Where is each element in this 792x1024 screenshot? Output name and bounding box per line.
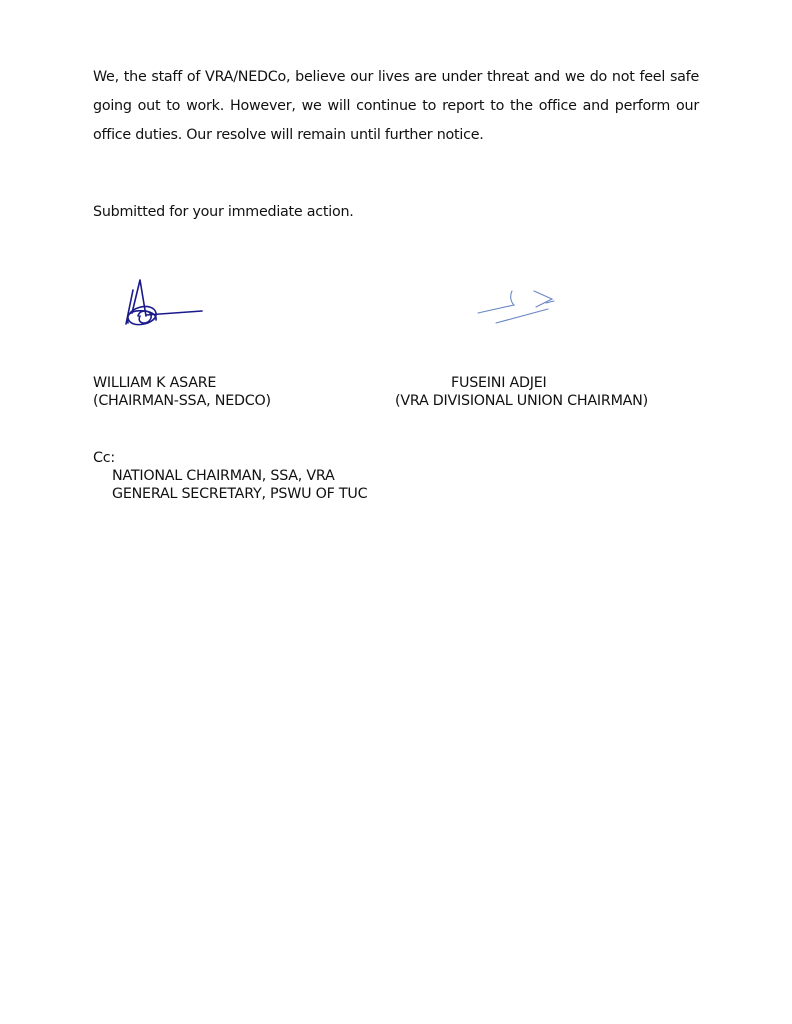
body-paragraph: We, the staff of VRA/NEDCo, believe our …: [93, 63, 699, 150]
cc-recipient: GENERAL SECRETARY, PSWU OF TUC: [112, 486, 367, 502]
cc-label: Cc:: [93, 450, 115, 466]
cc-recipient: NATIONAL CHAIRMAN, SSA, VRA: [112, 468, 335, 484]
signatory-1-title: (CHAIRMAN-SSA, NEDCO): [93, 393, 271, 409]
closing-line: Submitted for your immediate action.: [93, 204, 354, 220]
signatory-2-name: FUSEINI ADJEI: [451, 375, 546, 391]
signatory-2-title: (VRA DIVISIONAL UNION CHAIRMAN): [395, 393, 648, 409]
signature-adjei: [476, 287, 562, 331]
signature-asare: [118, 278, 208, 338]
signatory-1-name: WILLIAM K ASARE: [93, 375, 216, 391]
